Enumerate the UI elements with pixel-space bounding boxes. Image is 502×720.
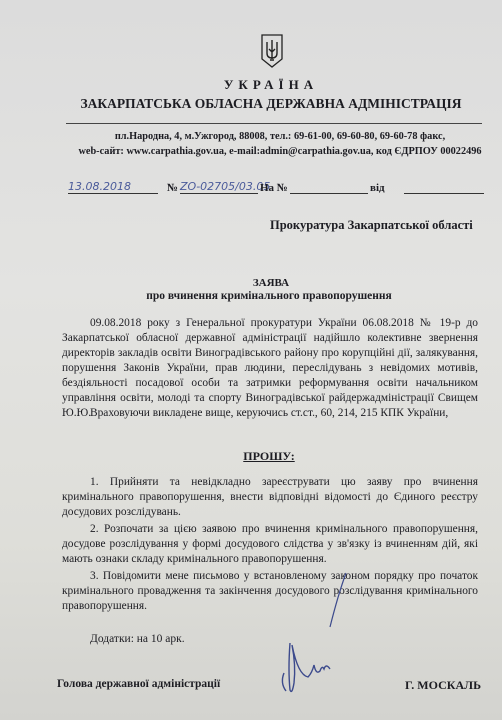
letter-page: УКРАЇНА ЗАКАРПАТСЬКА ОБЛАСНА ДЕРЖАВНА АД… [0, 0, 502, 720]
number-label: № [167, 182, 178, 194]
registration-line: 13.08.2018 № ΖΟ-02705/03.05 На № від [68, 180, 488, 200]
attachments-note: Додатки: на 10 арк. [90, 633, 185, 645]
contacts-address: пл.Народна, 4, м.Ужгород, 88008, тел.: 6… [60, 129, 500, 144]
request-item: 2. Розпочати за цією заявою про вчинення… [62, 522, 478, 567]
recipient: Прокуратура Закарпатської області [270, 218, 473, 233]
outgoing-date: 13.08.2018 [68, 180, 158, 194]
reply-to-field [290, 180, 368, 194]
contacts-block: пл.Народна, 4, м.Ужгород, 88008, тел.: 6… [60, 129, 500, 159]
paragraph-text: Враховуючи викладене вище, керуючись ст.… [62, 406, 478, 421]
reply-to-label: На № [260, 182, 288, 194]
country-name: УКРАЇНА [0, 77, 502, 93]
signatory-name: Г. МОСКАЛЬ [405, 678, 481, 693]
header-divider [66, 123, 482, 124]
document-title: ЗАЯВА [0, 277, 502, 289]
organization-name: ЗАКАРПАТСЬКА ОБЛАСНА ДЕРЖАВНА АДМІНІСТРА… [0, 96, 502, 112]
from-date-field [404, 180, 484, 194]
trident-icon [260, 33, 284, 69]
contacts-web: web-сайт: www.carpathia.gov.ua, e-mail:a… [60, 144, 500, 159]
document-subtitle: про вчинення кримінального правопорушенн… [0, 290, 502, 302]
outgoing-number: ΖΟ-02705/03.05 [180, 180, 258, 194]
from-label: від [370, 182, 385, 194]
signatory-position: Голова державної адміністрації [57, 678, 220, 690]
body-paragraph-2: Враховуючи викладене вище, керуючись ст.… [62, 406, 478, 421]
signature-icon [268, 565, 388, 705]
request-heading: ПРОШУ: [0, 449, 502, 464]
request-item: 1. Прийняти та невідкладно зареєструвати… [62, 475, 478, 520]
